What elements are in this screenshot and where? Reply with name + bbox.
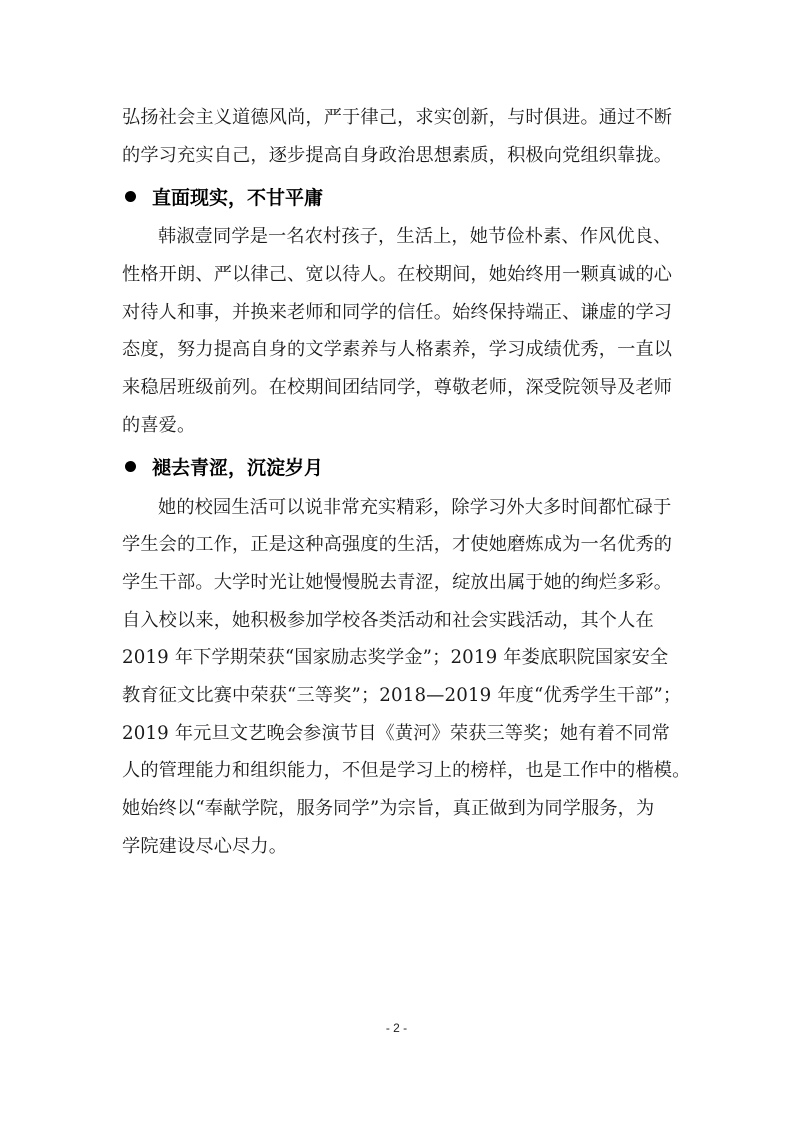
text-line: 2019 年下学期荣获“国家励志奖学金”；2019 年娄底职院国家安全 <box>122 639 678 677</box>
text-line: 来稳居班级前列。在校期间团结同学，尊敬老师，深受院领导及老师 <box>122 369 678 407</box>
page-number: - 2 - <box>0 1021 793 1035</box>
text-line: 学生会的工作，正是这种高强度的生活，才使她磨炼成为一名优秀的 <box>122 526 678 564</box>
text-line: 教育征文比赛中荣获“三等奖”；2018—2019 年度“优秀学生干部”； <box>122 677 678 715</box>
document-page: 弘扬社会主义道德风尚，严于律己，求实创新，与时俱进。通过不断 的学习充实自己，逐… <box>0 0 793 1122</box>
bullet-icon <box>125 191 136 202</box>
page-content: 弘扬社会主义道德风尚，严于律己，求实创新，与时俱进。通过不断 的学习充实自己，逐… <box>122 99 678 865</box>
text-line: 学院建设尽心尽力。 <box>122 828 678 866</box>
text-line: 对待人和事，并换来老师和同学的信任。始终保持端正、谦虚的学习 <box>122 294 678 332</box>
section-heading-text: 直面现实，不甘平庸 <box>152 183 323 210</box>
text-line: 2019 年元旦文艺晚会参演节目《黄河》荣获三等奖；她有着不同常 <box>122 715 678 753</box>
section-heading: 直面现实，不甘平庸 <box>122 174 678 218</box>
section-heading: 褪去青涩，沉淀岁月 <box>122 445 678 489</box>
text-line: 自入校以来，她积极参加学校各类活动和社会实践活动，其个人在 <box>122 602 678 640</box>
section-paragraph: 她的校园生活可以说非常充实精彩，除学习外大多时间都忙碌于 学生会的工作，正是这种… <box>122 489 678 866</box>
text-line: 的学习充实自己，逐步提高自身政治思想素质，积极向党组织靠拢。 <box>122 137 678 175</box>
continuation-paragraph: 弘扬社会主义道德风尚，严于律己，求实创新，与时俱进。通过不断 的学习充实自己，逐… <box>122 99 678 174</box>
text-line: 她始终以“奉献学院，服务同学”为宗旨，真正做到为同学服务，为 <box>122 790 678 828</box>
text-line: 学生干部。大学时光让她慢慢脱去青涩，绽放出属于她的绚烂多彩。 <box>122 564 678 602</box>
section-paragraph: 韩淑壹同学是一名农村孩子，生活上，她节俭朴素、作风优良、 性格开朗、严以律己、宽… <box>122 218 678 444</box>
text-line: 人的管理能力和组织能力，不但是学习上的榜样，也是工作中的楷模。 <box>122 752 678 790</box>
text-line: 的喜爱。 <box>122 407 678 445</box>
text-line: 性格开朗、严以律己、宽以待人。在校期间，她始终用一颗真诚的心 <box>122 256 678 294</box>
text-line: 态度，努力提高自身的文学素养与人格素养，学习成绩优秀，一直以 <box>122 331 678 369</box>
text-line: 韩淑壹同学是一名农村孩子，生活上，她节俭朴素、作风优良、 <box>122 218 678 256</box>
text-line: 她的校园生活可以说非常充实精彩，除学习外大多时间都忙碌于 <box>122 489 678 527</box>
text-line: 弘扬社会主义道德风尚，严于律己，求实创新，与时俱进。通过不断 <box>122 99 678 137</box>
bullet-icon <box>125 461 136 472</box>
section-heading-text: 褪去青涩，沉淀岁月 <box>152 453 323 480</box>
